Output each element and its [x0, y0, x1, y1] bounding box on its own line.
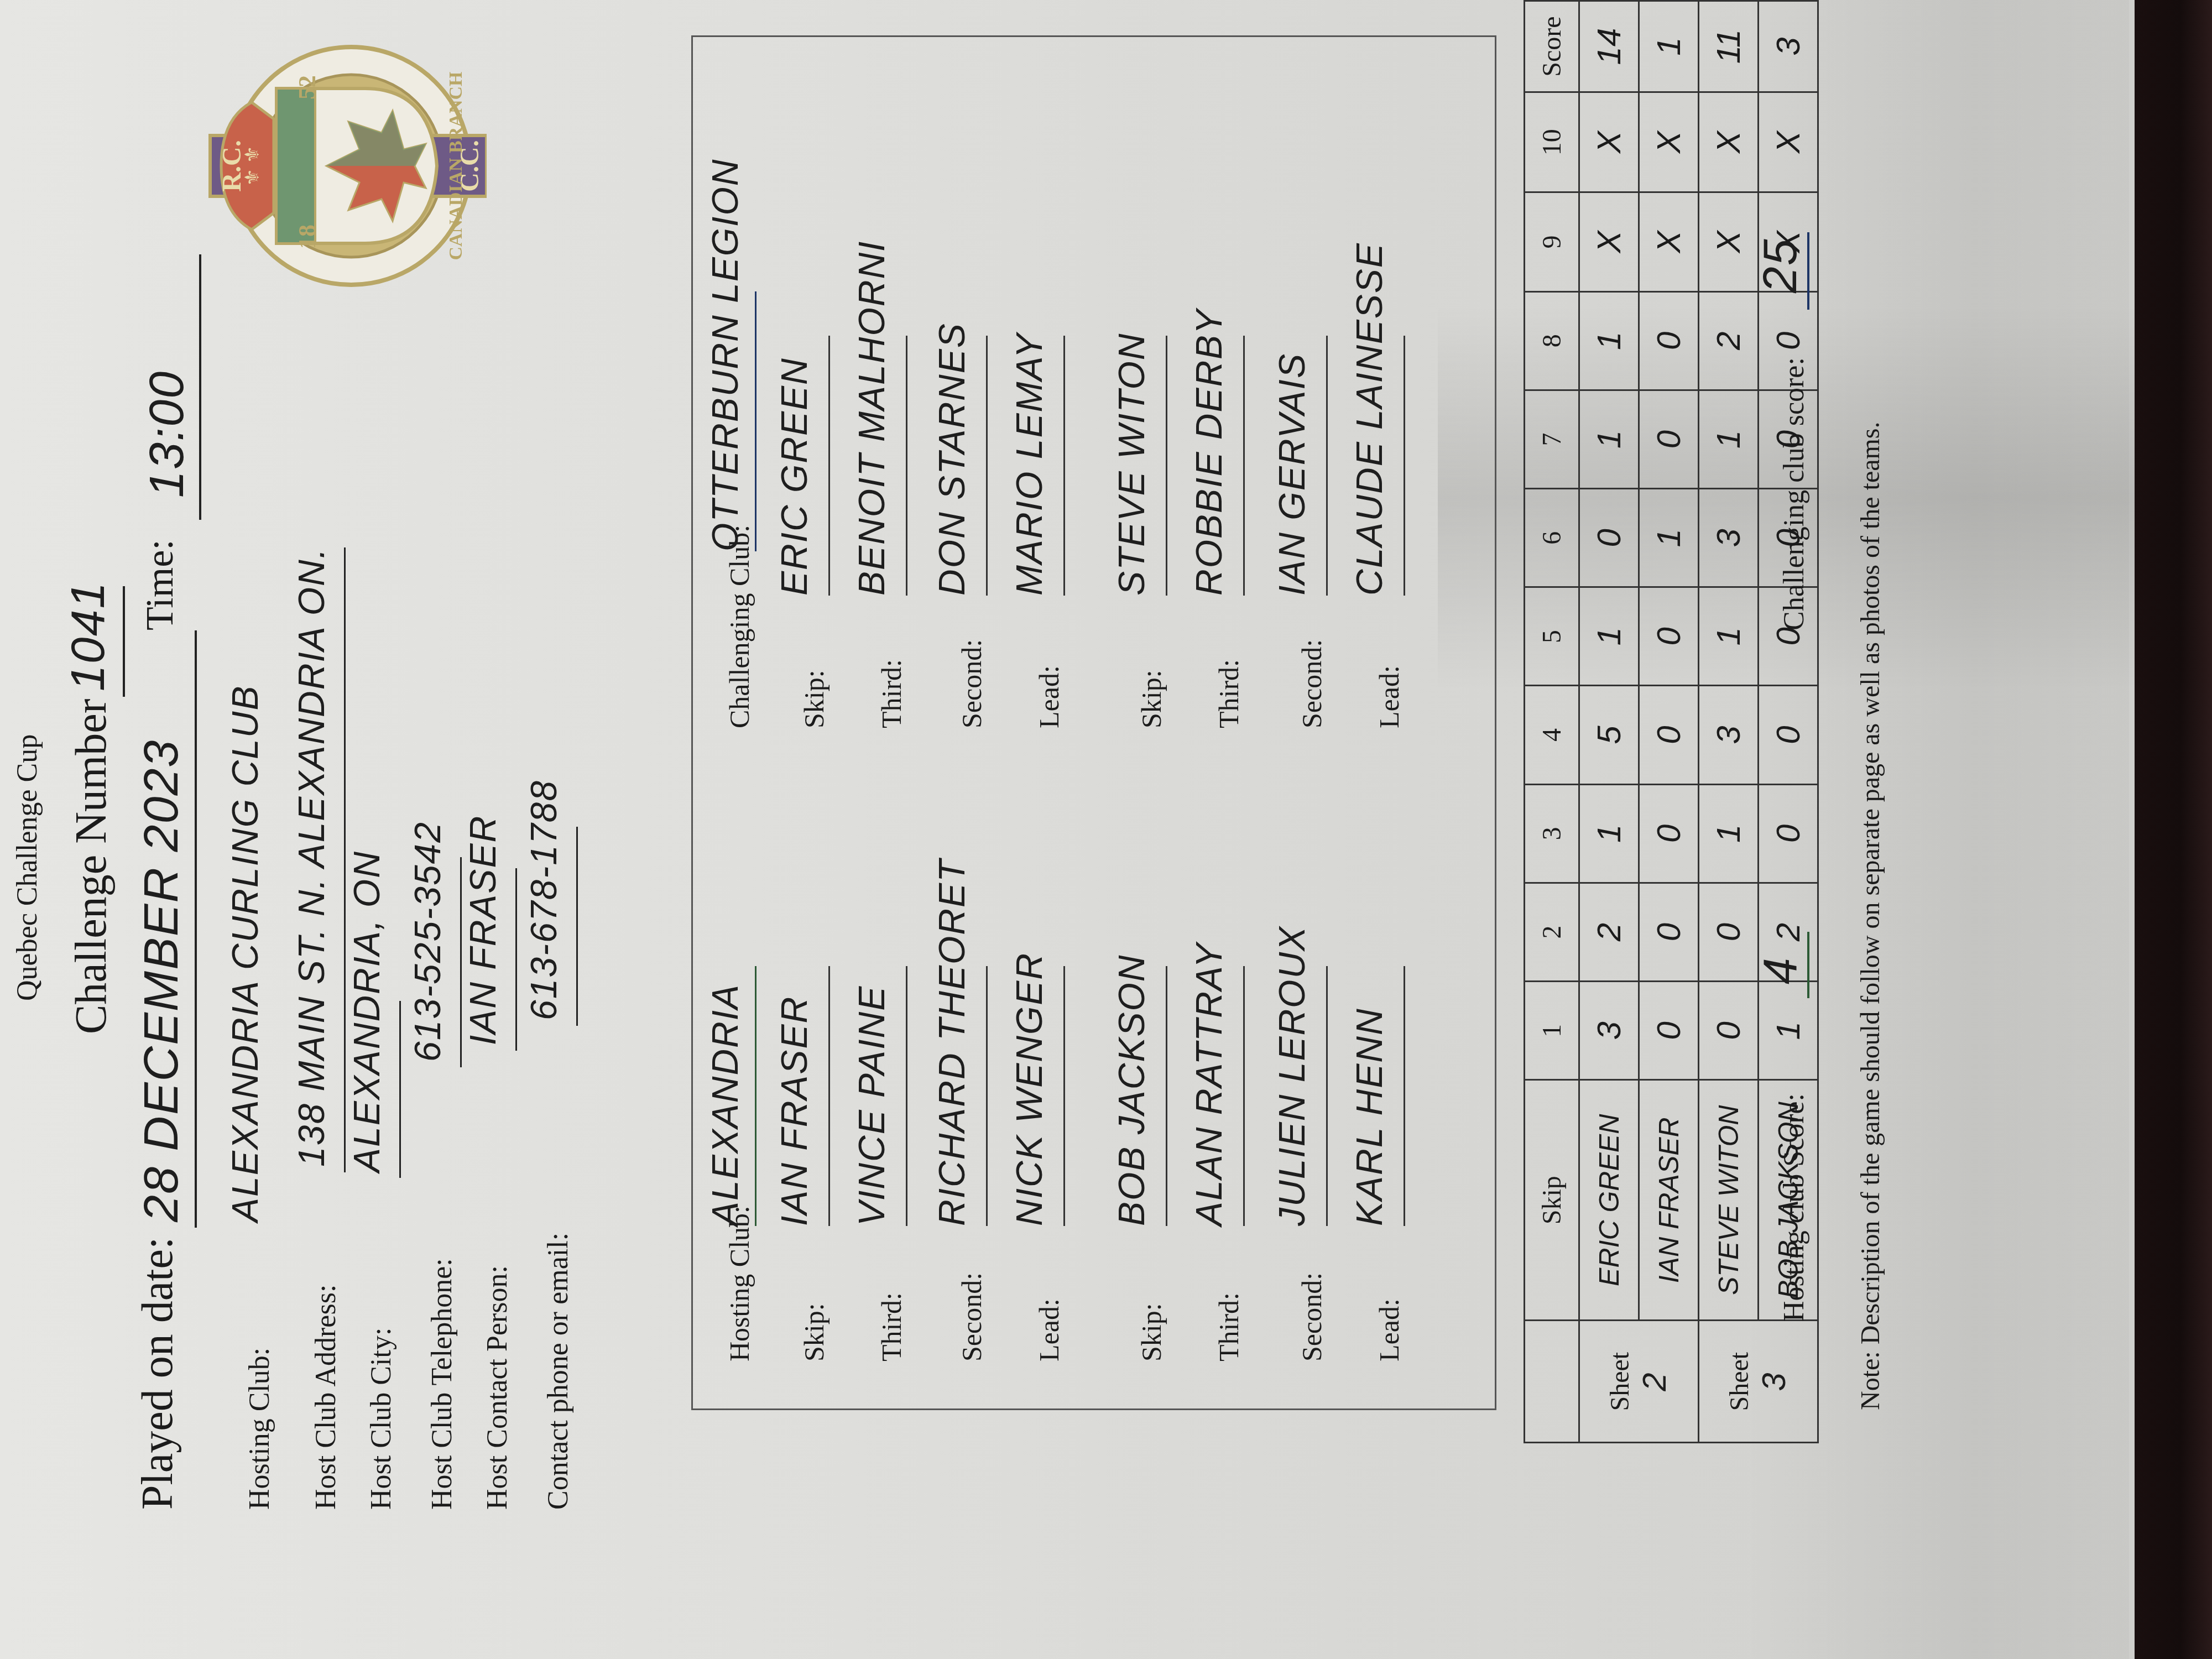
end-score-cell: 0 — [1639, 686, 1699, 784]
skip-name-cell: STEVE WITON — [1699, 1080, 1759, 1321]
total-score-cell: 1 — [1639, 1, 1699, 92]
hosting-position-label: Lead: — [1033, 1298, 1065, 1361]
date-underline — [195, 630, 197, 1228]
end-score-cell: 1 — [1579, 291, 1639, 390]
score-header-cell: 6 — [1525, 489, 1579, 587]
end-score-cell: 3 — [1699, 489, 1759, 587]
hosting-position-label: Third: — [875, 1292, 907, 1361]
host-field-label: Host Club Telephone: — [426, 1258, 458, 1510]
score-header-cell: 1 — [1525, 982, 1579, 1080]
hosting-player-underline — [1166, 966, 1167, 1226]
svg-text:R.C.: R.C. — [217, 140, 247, 191]
time-label: Time: — [138, 539, 182, 630]
challenging-player-underline — [1243, 336, 1245, 596]
challenging-position-label: Lead: — [1373, 665, 1405, 728]
end-score-cell: 0 — [1639, 784, 1699, 883]
sheet-number: 3 — [1755, 1321, 1793, 1442]
hosting-player-name: RICHARD THEORET — [931, 859, 973, 1226]
challenge-number-label: Challenge Number — [66, 699, 117, 1034]
end-score-cell: X — [1759, 92, 1818, 192]
score-header-cell: 4 — [1525, 686, 1579, 784]
score-header-cell: Score — [1525, 1, 1579, 92]
played-on-date-value: 28 DECEMBER 2023 — [133, 739, 189, 1222]
score-header-cell: 8 — [1525, 291, 1579, 390]
canadian-legion-badge-icon: ⚜ ⚜ 52 18 C.C. R.C. CANADIAN BRANCH — [199, 22, 487, 310]
svg-text:18: 18 — [294, 225, 321, 249]
challenge-form-paper: Quebec Challenge Cup Challenge Number 10… — [0, 0, 2135, 1659]
skip-name-cell: ERIC GREEN — [1579, 1080, 1639, 1321]
score-header-cell: 7 — [1525, 390, 1579, 488]
hosting-position-label: Third: — [1213, 1292, 1245, 1361]
score-table-header: Skip12345678910Score — [1525, 1, 1579, 1443]
score-header-cell: 10 — [1525, 92, 1579, 192]
challenging-player-name: CLAUDE LAINESSE — [1348, 242, 1390, 596]
svg-text:CANADIAN BRANCH: CANADIAN BRANCH — [446, 72, 466, 260]
hosting-club-name: ALEXANDRIA — [704, 984, 746, 1226]
total-score-cell: 3 — [1759, 1, 1818, 92]
end-score-cell: 0 — [1639, 587, 1699, 686]
challenging-player-name: MARIO LEMAY — [1008, 332, 1050, 596]
end-score-cell: 3 — [1579, 982, 1639, 1080]
host-field-value: ALEXANDRIA CURLING CLUB — [224, 685, 266, 1222]
end-score-cell: 1 — [1639, 489, 1699, 587]
end-score-cell: 1 — [1699, 587, 1759, 686]
challenging-club-name: OTTERBURN LEGION — [704, 159, 746, 551]
hosting-score-underline — [1807, 932, 1809, 998]
score-row: Sheet2ERIC GREEN32151011XX14 — [1579, 1, 1639, 1443]
team-roster-box: Hosting Club:ALEXANDRIASkip:IAN FRASERTh… — [691, 35, 1496, 1410]
score-header-cell: 9 — [1525, 192, 1579, 292]
challenging-position-label: Second: — [956, 639, 988, 728]
score-header-cell — [1525, 1321, 1579, 1443]
end-score-cell: X — [1699, 92, 1759, 192]
challenging-club-label: Challenging Club: — [723, 525, 755, 728]
cup-title: Quebec Challenge Cup — [11, 734, 44, 1001]
end-score-cell: 1 — [1579, 390, 1639, 488]
hosting-player-underline — [906, 966, 907, 1226]
end-score-cell: X — [1639, 192, 1699, 292]
challenging-player-underline — [1166, 336, 1167, 596]
hosting-player-underline — [986, 966, 988, 1226]
played-on-date-label: Played on date: — [133, 1237, 183, 1510]
end-score-cell: 0 — [1759, 784, 1818, 883]
host-field-value: 613-525-3542 — [406, 821, 448, 1062]
hosting-player-name: IAN FRASER — [773, 996, 815, 1226]
host-field-underline — [515, 868, 517, 1051]
end-score-cell: 2 — [1579, 883, 1639, 981]
end-score-cell: 1 — [1699, 784, 1759, 883]
hosting-player-name: KARL HENN — [1348, 1008, 1390, 1226]
end-score-cell: 0 — [1639, 982, 1699, 1080]
score-row: IAN FRASER00000100XX1 — [1639, 1, 1699, 1443]
host-field-underline — [576, 827, 578, 1026]
end-score-cell: 3 — [1699, 686, 1759, 784]
hosting-player-underline — [1326, 966, 1328, 1226]
host-field-value: 613-678-1788 — [523, 780, 565, 1020]
hosting-player-name: ALAN RATTRAY — [1188, 942, 1230, 1226]
challenging-player-underline — [986, 336, 988, 596]
hosting-position-label: Second: — [1296, 1272, 1328, 1361]
challenging-player-name: ERIC GREEN — [773, 357, 815, 596]
challenging-position-label: Skip: — [798, 670, 830, 728]
challenging-position-label: Third: — [875, 659, 907, 728]
sheet-number: 2 — [1635, 1321, 1673, 1442]
skip-name-cell: IAN FRASER — [1639, 1080, 1699, 1321]
challenging-position-label: Lead: — [1033, 665, 1065, 728]
sheet-label: Sheet — [1724, 1321, 1755, 1442]
rcl-branch-logo: ⚜ ⚜ 52 18 C.C. R.C. CANADIAN BRANCH — [199, 22, 487, 310]
hosting-position-label: Second: — [956, 1272, 988, 1361]
hosting-player-name: JULIEN LEROUX — [1271, 926, 1313, 1226]
form-note: Note: Description of the game should fol… — [1855, 421, 1886, 1410]
challenging-position-label: Skip: — [1135, 670, 1167, 728]
host-field-underline — [399, 1001, 401, 1178]
end-score-cell: X — [1579, 92, 1639, 192]
end-score-cell: 0 — [1759, 686, 1818, 784]
hosting-player-name: BOB JACKSON — [1110, 954, 1152, 1226]
score-row: Sheet3STEVE WITON00131312XX11 — [1699, 1, 1759, 1443]
score-table: Skip12345678910Score Sheet2ERIC GREEN321… — [1524, 0, 1819, 1443]
hosting-player-name: VINCE PAINE — [851, 985, 893, 1226]
svg-text:52: 52 — [294, 75, 321, 100]
hosting-position-label: Skip: — [1135, 1303, 1167, 1361]
end-score-cell: X — [1639, 92, 1699, 192]
challenging-player-underline — [1404, 336, 1405, 596]
hosting-position-label: Skip: — [798, 1303, 830, 1361]
hosting-score-label: Hosting club Score: — [1778, 1093, 1811, 1322]
challenging-player-underline — [906, 336, 907, 596]
sheet-label-cell: Sheet3 — [1699, 1321, 1818, 1443]
host-field-value: IAN FRASER — [462, 815, 504, 1045]
end-score-cell: X — [1579, 192, 1639, 292]
end-score-cell: 0 — [1639, 291, 1699, 390]
host-field-label: Contact phone or email: — [542, 1233, 575, 1510]
challenging-player-name: ROBBIE DERBY — [1188, 309, 1230, 596]
end-score-cell: 0 — [1699, 982, 1759, 1080]
challenge-number-underline — [123, 586, 125, 697]
wooden-table-background — [2132, 0, 2212, 1659]
end-score-cell: 5 — [1579, 686, 1639, 784]
end-score-cell: 0 — [1579, 489, 1639, 587]
challenging-player-name: BENOIT MALHORNI — [851, 241, 893, 596]
sheet-label-cell: Sheet2 — [1579, 1321, 1699, 1443]
score-header-cell: 3 — [1525, 784, 1579, 883]
challenging-score-value: 25 — [1753, 238, 1808, 293]
score-header-cell: Skip — [1525, 1080, 1579, 1321]
challenging-score-underline — [1807, 232, 1809, 310]
hosting-player-name: NICK WENGER — [1008, 952, 1050, 1226]
score-header-cell: 2 — [1525, 883, 1579, 981]
challenging-player-name: IAN GERVAIS — [1271, 353, 1313, 596]
challenging-player-underline — [828, 336, 830, 596]
challenging-position-label: Third: — [1213, 659, 1245, 728]
hosting-player-underline — [828, 966, 830, 1226]
hosting-player-underline — [1063, 966, 1065, 1226]
host-field-label: Host Club City: — [365, 1328, 398, 1510]
hosting-position-label: Lead: — [1373, 1298, 1405, 1361]
challenging-position-label: Second: — [1296, 639, 1328, 728]
end-score-cell: 2 — [1699, 291, 1759, 390]
end-score-cell: X — [1699, 192, 1759, 292]
end-score-cell: 1 — [1579, 784, 1639, 883]
host-field-value: 138 MAIN ST. N. ALEXANDRIA ON. — [290, 547, 332, 1167]
host-field-label: Host Contact Person: — [481, 1265, 514, 1510]
challenging-player-name: STEVE WITON — [1110, 333, 1152, 596]
host-field-value: ALEXANDRIA, ON — [346, 851, 388, 1172]
challenging-player-underline — [1063, 336, 1065, 596]
challenging-score-label: Challenging club score: — [1778, 357, 1811, 630]
end-score-cell: 1 — [1579, 587, 1639, 686]
challenging-club-underline — [755, 291, 757, 551]
hosting-player-underline — [1243, 966, 1245, 1226]
end-score-cell: 0 — [1639, 390, 1699, 488]
total-score-cell: 14 — [1579, 1, 1639, 92]
end-score-cell: 1 — [1699, 390, 1759, 488]
total-score-cell: 11 — [1699, 1, 1759, 92]
host-field-label: Hosting Club: — [243, 1348, 276, 1510]
challenging-player-name: DON STARNES — [931, 322, 973, 596]
hosting-club-label: Hosting Club: — [723, 1206, 755, 1361]
hosting-player-underline — [1404, 966, 1405, 1226]
challenge-number-value: 1041 — [61, 581, 116, 691]
hosting-club-underline — [755, 966, 757, 1226]
hosting-score-value: 4 — [1753, 957, 1808, 984]
challenging-player-underline — [1326, 336, 1328, 596]
end-score-cell: 0 — [1699, 883, 1759, 981]
host-field-label: Host Club Address: — [310, 1285, 342, 1510]
time-value: 13:00 — [138, 371, 195, 498]
end-score-cell: 0 — [1639, 883, 1699, 981]
score-header-cell: 5 — [1525, 587, 1579, 686]
sheet-label: Sheet — [1605, 1321, 1635, 1442]
